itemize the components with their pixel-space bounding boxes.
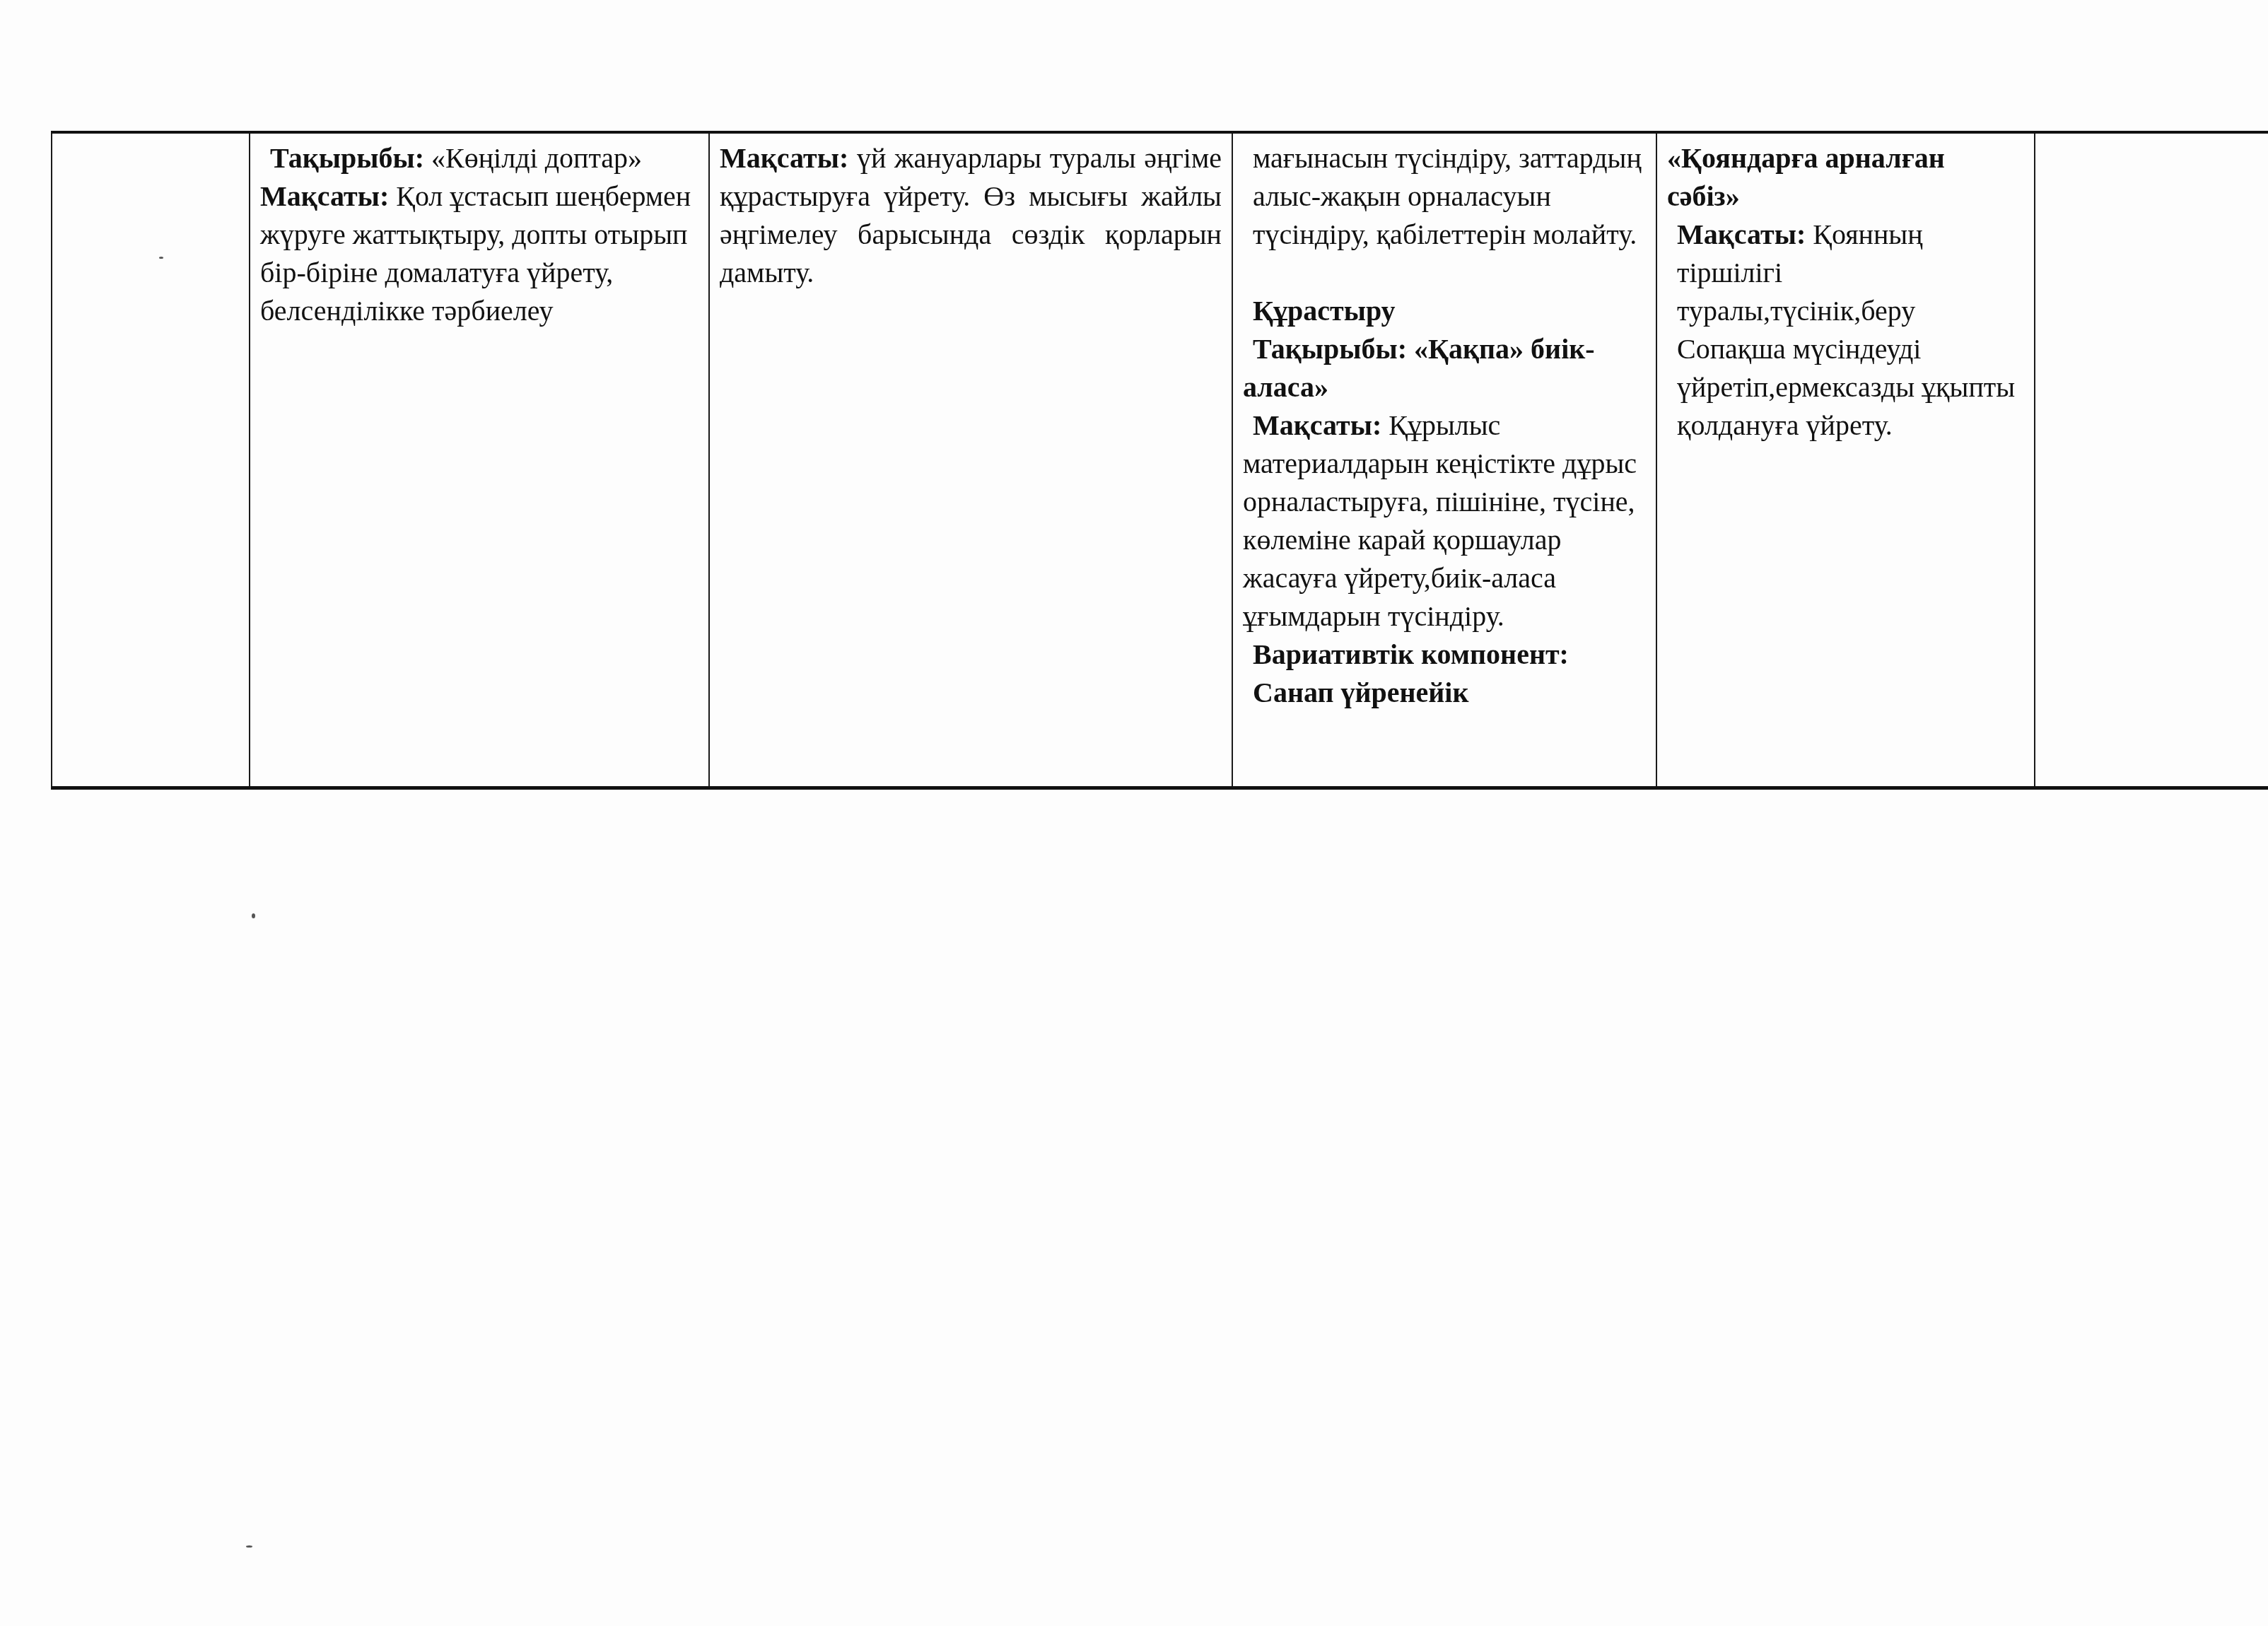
goal-label: Мақсаты: [1677, 218, 1806, 250]
topic-label: Тақырыбы: [270, 142, 424, 174]
table-cell-empty-right [2035, 132, 2268, 788]
table-cell-empty-left [52, 132, 250, 788]
section-title: Құрастыру [1243, 292, 1646, 330]
topic-value: «Қояндарға арналған сәбіз» [1667, 139, 2024, 216]
continuation-text: мағынасын түсіндіру, заттардың алыс-жақы… [1243, 139, 1646, 254]
table-cell-activity-pets: Мақсаты: үй жануарлары туралы әңгіме құр… [709, 132, 1232, 788]
topic-value: «Көңілді доптар» [431, 142, 642, 174]
table-cell-activity-construction: мағынасын түсіндіру, заттардың алыс-жақы… [1232, 132, 1656, 788]
variative-value: Санап үйренейік [1243, 674, 1646, 712]
scan-speck [252, 913, 255, 918]
variative-label: Вариативтік компонент: [1243, 636, 1646, 674]
goal-label: Мақсаты: [1243, 409, 1381, 441]
scan-speck [246, 1545, 252, 1548]
topic-label: Тақырыбы: [1243, 333, 1407, 365]
goal-value: Құрылыс материалдарын кеңістікте дұрыс о… [1243, 409, 1637, 632]
scanned-page: Тақырыбы: «Көңілді доптар» Мақсаты: Қол … [0, 0, 2268, 1626]
goal-label: Мақсаты: [260, 180, 389, 212]
table-cell-activity-balls: Тақырыбы: «Көңілді доптар» Мақсаты: Қол … [250, 132, 709, 788]
goal-value: Қоянның тіршілігі туралы,түсінік,беру Со… [1677, 218, 2015, 441]
scan-speck [159, 257, 163, 259]
goal-label: Мақсаты: [720, 142, 848, 174]
lesson-plan-table: Тақырыбы: «Көңілді доптар» Мақсаты: Қол … [51, 131, 2268, 790]
table-row: Тақырыбы: «Көңілді доптар» Мақсаты: Қол … [52, 132, 2268, 788]
table-cell-activity-modeling: «Қояндарға арналған сәбіз» Мақсаты: Қоян… [1656, 132, 2035, 788]
